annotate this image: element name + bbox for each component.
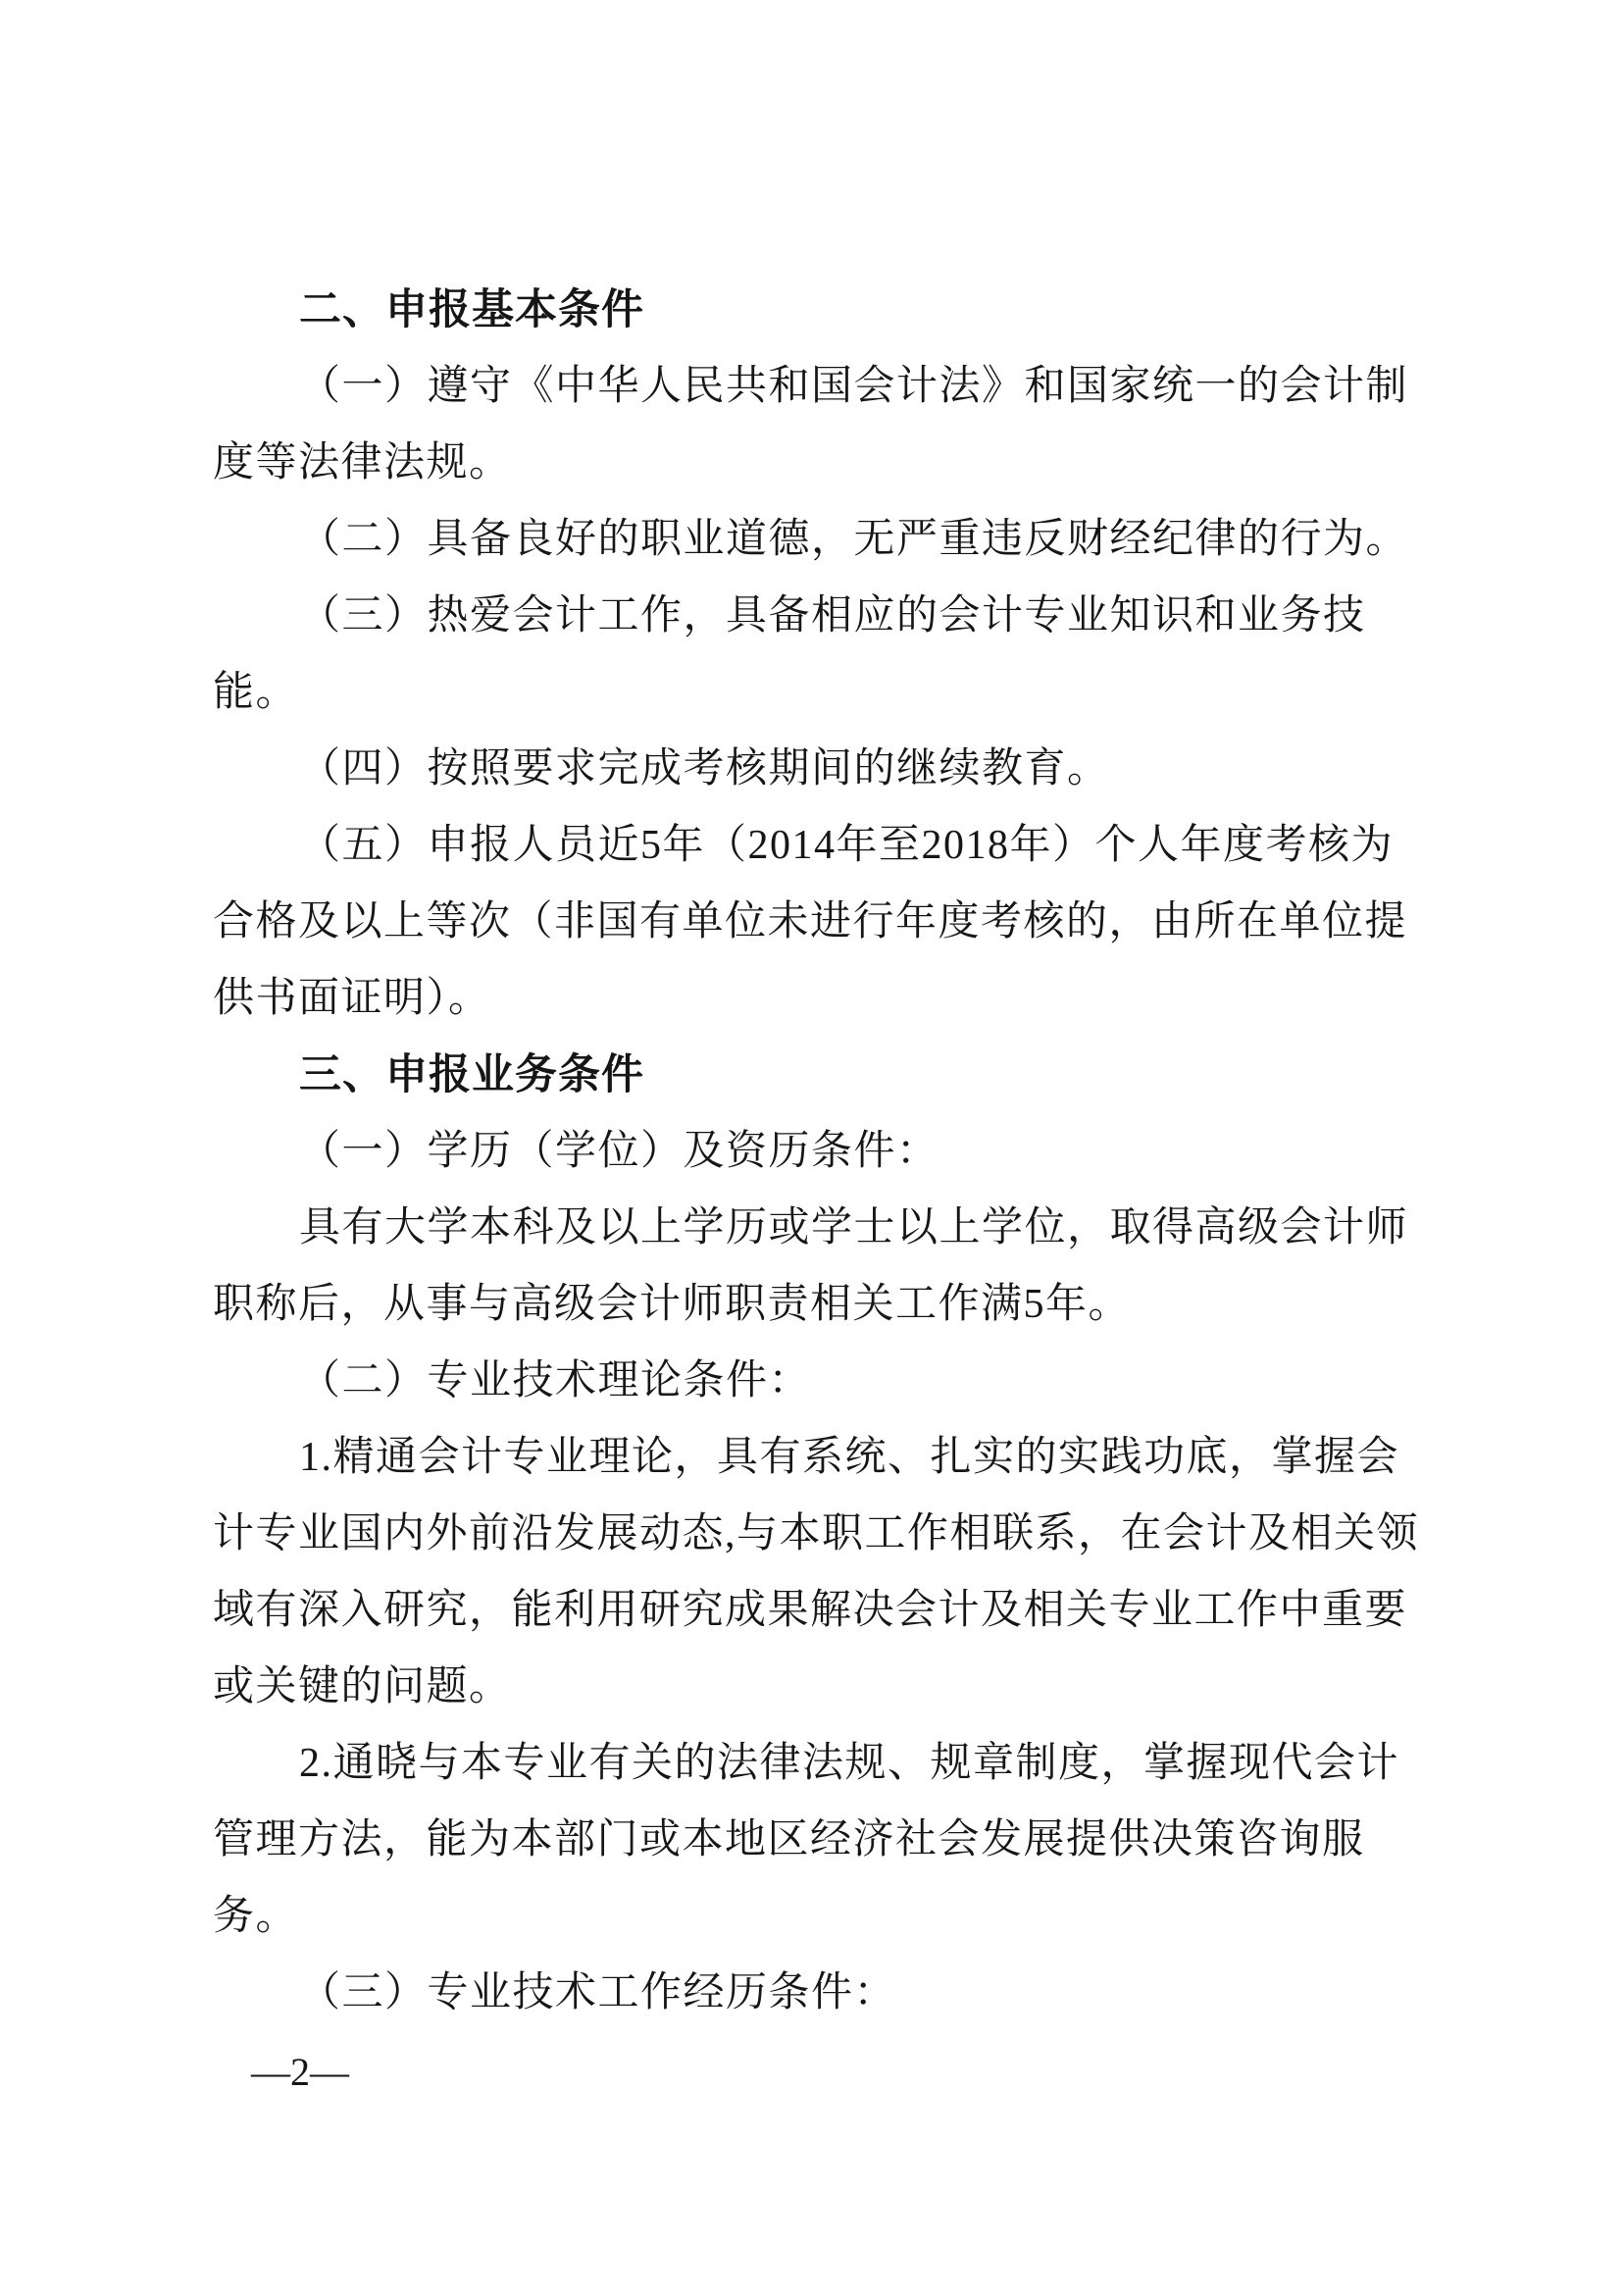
page-number: —2—	[251, 2043, 349, 2102]
text-line: 具有大学本科及以上学历或学士以上学位，取得高级会计师	[213, 1190, 1429, 1266]
paragraph: （一）学历（学位）及资历条件：	[213, 1113, 1429, 1190]
paragraph: （五）申报人员近5年（2014年至2018年）个人年度考核为合格及以上等次（非国…	[213, 807, 1429, 1037]
paragraph: （一）遵守《中华人民共和国会计法》和国家统一的会计制度等法律法规。	[213, 348, 1429, 501]
text-block: 二、申报基本条件（一）遵守《中华人民共和国会计法》和国家统一的会计制度等法律法规…	[213, 272, 1429, 2031]
paragraph: 具有大学本科及以上学历或学士以上学位，取得高级会计师职称后，从事与高级会计师职责…	[213, 1190, 1429, 1343]
text-line: 域有深入研究，能利用研究成果解决会计及相关专业工作中重要	[213, 1572, 1429, 1649]
paragraph: （四）按照要求完成考核期间的继续教育。	[213, 731, 1429, 807]
text-line: 2.通晓与本专业有关的法律法规、规章制度，掌握现代会计	[213, 1725, 1429, 1802]
paragraph: 1.精通会计专业理论，具有系统、扎实的实践功底，掌握会计专业国内外前沿发展动态,…	[213, 1419, 1429, 1725]
paragraph: （二）具备良好的职业道德，无严重违反财经纪律的行为。	[213, 501, 1429, 578]
text-line: 供书面证明）。	[213, 960, 1429, 1037]
paragraph: （三）专业技术工作经历条件：	[213, 1955, 1429, 2031]
text-line: （二）具备良好的职业道德，无严重违反财经纪律的行为。	[213, 501, 1429, 578]
paragraph: （三）热爱会计工作，具备相应的会计专业知识和业务技能。	[213, 578, 1429, 731]
text-line: （三）专业技术工作经历条件：	[213, 1955, 1429, 2031]
text-line: 计专业国内外前沿发展动态,与本职工作相联系，在会计及相关领	[213, 1496, 1429, 1572]
text-line: （一）遵守《中华人民共和国会计法》和国家统一的会计制	[213, 348, 1429, 425]
text-line: 1.精通会计专业理论，具有系统、扎实的实践功底，掌握会	[213, 1419, 1429, 1496]
text-line: 三、申报业务条件	[213, 1037, 1429, 1113]
document-page: 二、申报基本条件（一）遵守《中华人民共和国会计法》和国家统一的会计制度等法律法规…	[0, 0, 1624, 2294]
text-line: （一）学历（学位）及资历条件：	[213, 1113, 1429, 1190]
text-line: （三）热爱会计工作，具备相应的会计专业知识和业务技	[213, 578, 1429, 654]
text-line: 管理方法，能为本部门或本地区经济社会发展提供决策咨询服	[213, 1802, 1429, 1878]
text-line: 职称后，从事与高级会计师职责相关工作满5年。	[213, 1266, 1429, 1343]
paragraph: 2.通晓与本专业有关的法律法规、规章制度，掌握现代会计管理方法，能为本部门或本地…	[213, 1725, 1429, 1955]
text-line: 能。	[213, 654, 1429, 731]
text-line: （四）按照要求完成考核期间的继续教育。	[213, 731, 1429, 807]
text-line: 度等法律法规。	[213, 425, 1429, 501]
text-line: 或关键的问题。	[213, 1649, 1429, 1725]
section-heading: 二、申报基本条件	[213, 272, 1429, 348]
text-line: （五）申报人员近5年（2014年至2018年）个人年度考核为	[213, 807, 1429, 884]
section-heading: 三、申报业务条件	[213, 1037, 1429, 1113]
paragraph: （二）专业技术理论条件：	[213, 1343, 1429, 1419]
text-line: 务。	[213, 1878, 1429, 1955]
text-line: 合格及以上等次（非国有单位未进行年度考核的，由所在单位提	[213, 884, 1429, 960]
text-line: （二）专业技术理论条件：	[213, 1343, 1429, 1419]
text-line: 二、申报基本条件	[213, 272, 1429, 348]
